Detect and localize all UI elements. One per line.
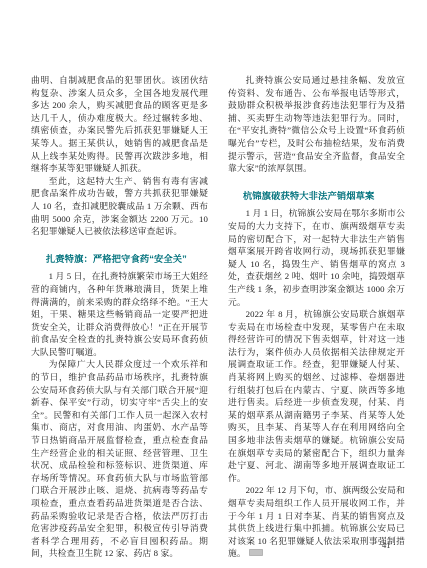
paragraph-continued-from-previous-page: 曲明、自制减肥食品的犯罪团伙。该团伙结构复杂、涉案人员众多，全国各地发展代理多达…	[31, 74, 208, 175]
section-heading-hangjin-tobacco-case: 杭锦旗破获特大非法产销烟草案	[228, 190, 405, 203]
paragraph-tobacco-investigation-details: 2022 年 8 月，杭锦旗公安局联合旗烟草专卖局在市场检查中发现，某零售户在未…	[228, 308, 405, 484]
end-of-article-badge	[249, 549, 263, 556]
right-column: 扎赉特旗公安局通过悬挂条幅、发放宣传资料、发布通告、公布举报电话等形式，鼓励群众…	[228, 74, 405, 560]
page-number: 41	[382, 540, 391, 550]
paragraph-publicity-reporting-channels: 扎赉特旗公安局通过悬挂条幅、发放宣传资料、发布通告、公布举报电话等形式，鼓励群众…	[228, 74, 405, 175]
left-column: 曲明、自制减肥食品的犯罪团伙。该团伙结构复杂、涉案人员众多，全国各地发展代理多达…	[31, 74, 208, 560]
paragraph-tobacco-arrests: 2022 年 12 月下旬，市、旗两级公安局和烟草专卖局组织工作人员开展收网工作…	[228, 484, 405, 560]
magazine-page: 曲明、自制减肥食品的犯罪团伙。该团伙结构复杂、涉案人员众多，全国各地发展代理多达…	[0, 0, 427, 568]
paragraph-joint-inspection-actions: 为保障广大人民群众度过一个欢乐祥和的节日，维护食品药品市场秩序，扎赉特旗公安局环…	[31, 358, 208, 560]
paragraph-tobacco-arrests-text: 2022 年 12 月下旬，市、旗两级公安局和烟草专卖局组织工作人员开展收网工作…	[228, 485, 405, 558]
section-heading-zhalaite-food-drug-safety: 扎赉特旗：严格把守食药“安全关”	[31, 253, 208, 266]
paragraph-tobacco-raid-results: 1 月 1 日，杭锦旗公安局在鄂尔多斯市公安局的大力支持下，在市、旗两级烟草专卖…	[228, 207, 405, 308]
paragraph-market-inspection-scene: 1 月 5 日，在扎赉特旗繁荣市场王大姐经营的商铺内，各种年货琳琅满目，货架上堆…	[31, 270, 208, 358]
paragraph-case-conclusion: 至此，这起特大生产、销售有毒有害减肥食品案件成功告破，警方共抓获犯罪嫌疑人 10…	[31, 175, 208, 238]
